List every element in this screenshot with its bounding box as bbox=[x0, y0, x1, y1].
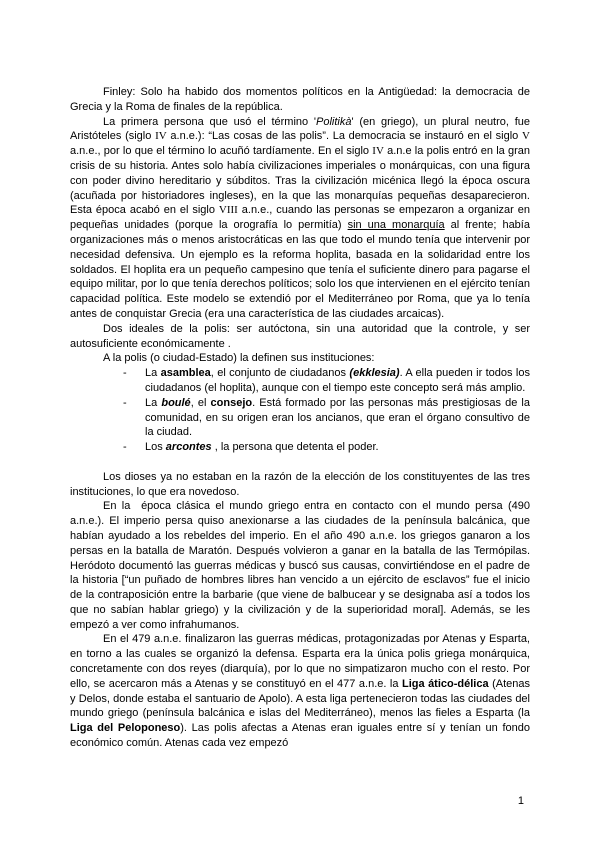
list-item-asamblea: - La asamblea, el conjunto de ciudadanos… bbox=[70, 366, 530, 396]
list-item-text: La boulé, el consejo. Está formado por l… bbox=[145, 396, 530, 440]
list-item-text: La asamblea, el conjunto de ciudadanos (… bbox=[145, 366, 530, 396]
paragraph-finley: Finley: Solo ha habido dos momentos polí… bbox=[70, 85, 530, 115]
bullet-dash-icon: - bbox=[123, 366, 127, 381]
list-item-arcontes: - Los arcontes , la persona que detenta … bbox=[70, 440, 530, 455]
document-body: Finley: Solo ha habido dos momentos polí… bbox=[70, 85, 530, 751]
paragraph-politika-polis: La primera persona que usó el término 'P… bbox=[70, 115, 530, 322]
paragraph-spacer bbox=[70, 455, 530, 470]
list-item-text: Los arcontes , la persona que detenta el… bbox=[145, 440, 530, 455]
document-page: Finley: Solo ha habido dos momentos polí… bbox=[0, 0, 600, 848]
paragraph-polis-ideals: Dos ideales de la polis: ser autóctona, … bbox=[70, 322, 530, 352]
page-number: 1 bbox=[70, 794, 524, 809]
institutions-list: - La asamblea, el conjunto de ciudadanos… bbox=[70, 366, 530, 455]
paragraph-dioses: Los dioses ya no estaban en la razón de … bbox=[70, 470, 530, 500]
paragraph-guerras-medicas: En el 479 a.n.e. finalizaron las guerras… bbox=[70, 632, 530, 750]
bullet-dash-icon: - bbox=[123, 440, 127, 455]
paragraph-institutions-intro: A la polis (o ciudad-Estado) la definen … bbox=[70, 351, 530, 366]
bullet-dash-icon: - bbox=[123, 396, 127, 411]
list-item-boule: - La boulé, el consejo. Está formado por… bbox=[70, 396, 530, 440]
paragraph-epoca-clasica: En la época clásica el mundo griego entr… bbox=[70, 499, 530, 632]
